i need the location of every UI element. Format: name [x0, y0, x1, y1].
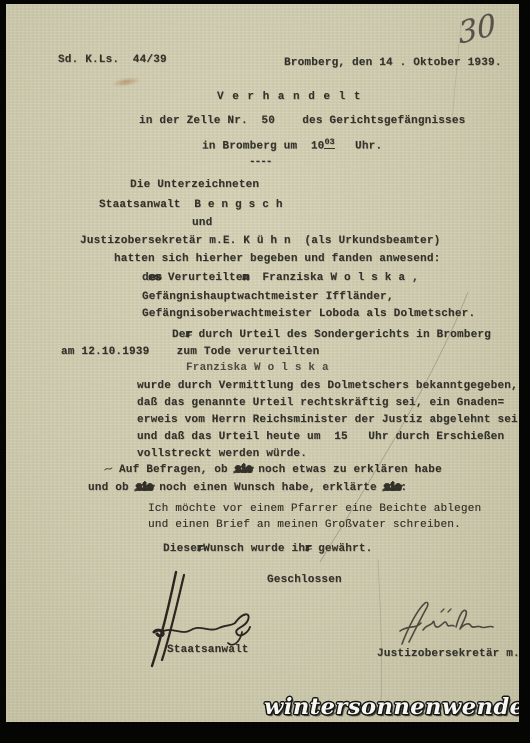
prosecutor-name: Staatsanwalt B e n g s c h [99, 199, 283, 211]
location-line: in der Zelle Nr. 50 des Gerichtsgefängni… [139, 115, 465, 127]
grant-text: gewährt. [311, 543, 372, 555]
clerk-name: Justizobersekretär m.E. K ü h n (als Urk… [80, 235, 440, 247]
handwritten-check-mark: ~ [102, 461, 116, 478]
verdict-text: durch Urteil des Sondergerichts in Bromb… [192, 329, 491, 341]
closing-label: Geschlossen [267, 574, 342, 586]
question-text: und ob [88, 482, 136, 494]
time-line: in Bromberg um 1003 Uhr. [202, 137, 382, 153]
watermark: wintersonnenwende.com [264, 694, 519, 720]
announcement-line4: und daß das Urteil heute um 15 Uhr durch… [137, 431, 504, 443]
left-signature-role: Staatsanwalt [167, 644, 249, 656]
convicted-line: des Verurteilten Franziska W o l s k a , [142, 272, 419, 284]
overtyped-correction: r [186, 329, 192, 341]
announcement-line3: erweis vom Herrn Reichsminister der Just… [137, 414, 518, 426]
document-scan: 30 Sd. K.Ls. 44/39 Bromberg, den 14 . Ok… [0, 0, 530, 743]
time-pre: in Bromberg um [202, 141, 311, 153]
present-intro: hatten sich hierher begeben und fanden a… [114, 253, 440, 265]
guard2-line: Gefängnisoberwachtmeister Loboda als Dol… [142, 308, 475, 320]
document-title: V e r h a n d e l t [217, 91, 361, 103]
verdict-date-line: am 12.10.1939 zum Tode verurteilten [61, 346, 319, 358]
convicted-text: Verurteilte [161, 272, 243, 284]
overtyped-correction: es [149, 272, 161, 284]
ink-stain [112, 76, 141, 88]
grant-text: Diese [163, 543, 197, 555]
overtyped-correction: r [305, 543, 311, 555]
announcement-line5: vollstreckt werden würde. [137, 448, 307, 460]
question-text: noch einen Wunsch habe, erklärte [152, 482, 383, 494]
verdict-text: De [172, 329, 186, 341]
question-line2: und ob sie noch einen Wunsch habe, erklä… [88, 482, 407, 494]
guard1-line: Gefängnishauptwachtmeister Iffländer, [142, 291, 394, 303]
question-line1: Auf Befragen, ob sie noch etwas zu erklä… [119, 464, 442, 476]
statement-line1: Ich möchte vor einem Pfarrer eine Beicht… [148, 503, 481, 515]
handwritten-page-number: 30 [457, 7, 498, 51]
paper-sheet: 30 Sd. K.Ls. 44/39 Bromberg, den 14 . Ok… [6, 4, 519, 722]
overtyped-correction: r [197, 543, 203, 555]
statement-line2: und einen Brief an meinen Großvater schr… [148, 519, 461, 531]
question-text: noch etwas zu erklären habe [251, 464, 441, 476]
file-reference: Sd. K.Ls. 44/39 [58, 54, 167, 66]
grant-line: DieserWunsch wurde ihr gewährt. [163, 543, 372, 555]
overtyped-pronoun: sie [384, 482, 401, 494]
time-post: Uhr. [335, 141, 383, 153]
divider-dashes: ---- [249, 156, 271, 168]
conjunction: und [192, 217, 212, 229]
struck-letter: n [243, 272, 249, 284]
grant-text: ih [292, 543, 306, 555]
time-base: 10 [311, 141, 325, 153]
date-line: Bromberg, den 14 . Oktober 1939. [284, 57, 502, 69]
overtyped-pronoun: sie [136, 482, 153, 494]
announcement-line2: daß das genannte Urteil rechtskräftig se… [137, 397, 504, 409]
question-text: Auf Befragen, ob [119, 464, 235, 476]
announcement-line1: wurde durch Vermittlung des Dolmetschers… [137, 380, 518, 392]
overtyped-pronoun: sie [235, 464, 252, 476]
convicted-name-repeat: Franziska W o l s k a [186, 362, 329, 374]
kuehn-signature [390, 600, 505, 648]
convicted-name: Franziska W o l s k a , [249, 272, 419, 284]
verdict-line1: Der durch Urteil des Sondergerichts in B… [172, 329, 491, 341]
grant-text: Wunsch wurde [203, 543, 291, 555]
right-signature-role: Justizobersekretär m.E. [377, 648, 519, 660]
time-superscript: 03 [324, 137, 334, 149]
convicted-text: d [142, 272, 149, 284]
signatories-intro: Die Unterzeichneten [130, 179, 259, 191]
